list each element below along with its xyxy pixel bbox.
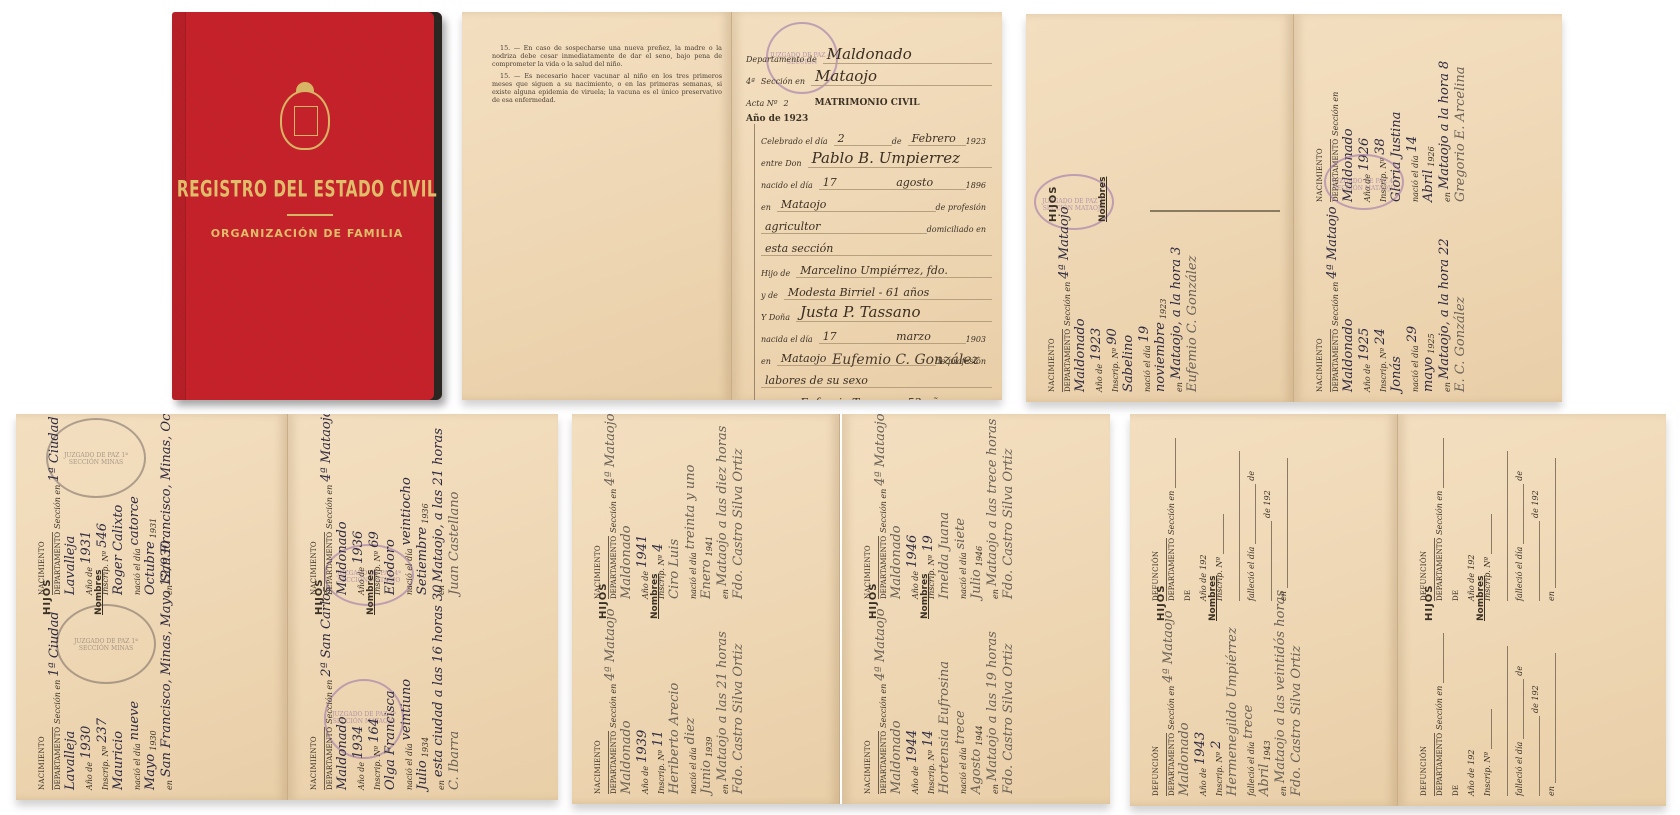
seccion-label: Sección en [53, 680, 62, 724]
departamento-label: DEPARTAMENTO [878, 731, 888, 794]
departamento-value: Maldonado [823, 45, 992, 64]
birth-month: Junio [699, 760, 714, 794]
inscrip-label: Inscrip. Nº [101, 746, 110, 790]
child-name: Jonás [1389, 356, 1404, 392]
celebrado-anio: 1923 [966, 137, 986, 146]
seccion-label: Sección en [879, 489, 888, 533]
anio-label: Año de [1095, 364, 1104, 392]
hijos-form: DEFUNCIÓN DEPARTAMENTOSección en DE Año … [1412, 426, 1662, 796]
entry-type: DEFUNCIÓN [1152, 551, 1160, 601]
court-stamp: JUZGADO DE PAZ 4ª SECCIÓN MATAOJO [1324, 154, 1404, 210]
en-label: en [1547, 591, 1556, 601]
child-name: Eliodoro [383, 539, 398, 595]
nombres-heading: Nombres [1098, 177, 1108, 222]
bride-birth-year: 1903 [966, 335, 986, 344]
birth-entry: NACIMIENTO DEPARTAMENTOSección en4ª Mata… [586, 429, 746, 599]
seccion-label: Sección en [609, 684, 618, 728]
departamento-label: DEPARTAMENTO [1434, 733, 1444, 796]
anio-value: 1930 [79, 726, 94, 759]
en-label: en [437, 780, 446, 790]
de-label: DE [1184, 590, 1192, 601]
child-name: Ciro Luis [667, 539, 682, 599]
birth-year: 1939 [705, 737, 714, 757]
inscrip-value: 14 [921, 730, 936, 747]
birth-entry: NACIMIENTO DEPARTAMENTOSección en4ª Mata… [302, 425, 462, 595]
seccion-value: 4ª Mataojo [873, 608, 888, 680]
en-label: en [1279, 786, 1288, 796]
seccion-label: Sección en [609, 489, 618, 533]
seccion-label: Sección en [53, 485, 62, 529]
hijos-form: NACIMIENTO DEPARTAMENTOSección en2ª San … [302, 420, 558, 790]
inscrip-value: 19 [921, 535, 936, 552]
seccion-value: 1ª Ciudad [47, 416, 62, 481]
en-label: en [165, 780, 174, 790]
birthplace: Mataojo a la hora 8 [1437, 61, 1452, 189]
anio-value: 1943 [1193, 732, 1208, 765]
birth-day: diez [683, 717, 698, 744]
groom-birth-day: 17 [819, 176, 892, 190]
nacio-label: nació el día [133, 548, 142, 595]
departamento-label: DEPARTAMENTO [1434, 538, 1444, 601]
inscrip-label: Inscrip. Nº [927, 750, 936, 794]
inscrip-label: Inscrip. Nº [1483, 752, 1492, 796]
anio-value: 192 [1467, 555, 1476, 570]
en-label: en [1443, 192, 1452, 202]
inscrip-label: Inscrip. Nº [1215, 752, 1224, 796]
entry-type: NACIMIENTO [310, 541, 318, 595]
act-title: MATRIMONIO CIVIL [815, 98, 920, 108]
birth-month: Julio [415, 760, 430, 790]
entry-type: NACIMIENTO [38, 541, 46, 595]
instruction-item: 15. — Es necesario hacer vacunar al niño… [492, 72, 722, 104]
birth-year: 1941 [705, 536, 714, 556]
cover-subtitle: ORGANIZACIÓN DE FAMILIA [172, 227, 442, 240]
entry-type: NACIMIENTO [1316, 338, 1324, 392]
en-label: en [437, 585, 446, 595]
seccion-label: Sección en [1063, 282, 1072, 326]
departamento-label: DEPARTAMENTO [878, 536, 888, 599]
inscrip-label: Inscrip. Nº [373, 551, 382, 595]
child-name: Olga Francisca [383, 690, 398, 790]
entry-type: NACIMIENTO [594, 545, 602, 599]
anio-label: Año de [911, 571, 920, 599]
birthplace: San Francisco, Minas, Octubre 15/931 [159, 414, 174, 582]
deaths-page-1: DEFUNCIÓN DEPARTAMENTOSección en4ª Matao… [1130, 414, 1398, 806]
nacida-label: nacida el día [761, 335, 813, 344]
nacio-label: nació el día [133, 743, 142, 790]
birth-entry: NACIMIENTO DEPARTAMENTOSección en4ª Mata… [586, 624, 746, 794]
groom-father: Marcelino Umpiérrez, fdo. [796, 264, 992, 278]
nacio-label: nació el día [1411, 155, 1420, 202]
anio-value: 192 [1199, 555, 1208, 570]
seccion-value: 4ª Mataojo [319, 414, 334, 482]
departamento-value: Lavalleja [63, 536, 78, 595]
instructions-page: 15. — En caso de sospecharse una nueva p… [462, 12, 732, 400]
anio-label: Año de [746, 114, 781, 124]
hijo-de-label: Hijo de [761, 269, 790, 278]
child-name: Imelda Juana [937, 512, 952, 599]
departamento-value: Maldonado [335, 716, 350, 790]
nacido-label: nacido el día [761, 181, 813, 190]
coat-of-arms-icon [280, 90, 330, 150]
inscrip-label: Inscrip. Nº [1379, 348, 1388, 392]
inscrip-label: Inscrip. Nº [1215, 557, 1224, 601]
birth-year: 1925 [1427, 333, 1436, 353]
departamento-value: Maldonado [619, 720, 634, 794]
departamento-label: DEPARTAMENTO [324, 532, 334, 595]
seccion-value: Mataojo [811, 67, 992, 86]
child-name: Mauricio [111, 731, 126, 790]
birth-day: 19 [1137, 326, 1152, 343]
seccion-value: 4ª Mataojo [873, 414, 888, 486]
departamento-label: DEPARTAMENTO [1062, 329, 1072, 392]
de-label: de [1515, 666, 1524, 676]
death-entry: DEFUNCIÓN DEPARTAMENTOSección en4ª Matao… [1144, 626, 1304, 796]
birth-entry: NACIMIENTO DEPARTAMENTOSección en4ª Mata… [856, 429, 1016, 599]
birth-month: Julio [969, 569, 984, 599]
anio-label: Año de [1199, 768, 1208, 796]
en-label: en [991, 784, 1000, 794]
seccion-value: 4ª Mataojo [1057, 206, 1072, 278]
en-label: en [991, 589, 1000, 599]
anio-label: Año de [1467, 573, 1476, 601]
booklet-cover: REGISTRO DEL ESTADO CIVIL ORGANIZACIÓN D… [172, 12, 442, 400]
inscrip-value: 164 [367, 718, 382, 743]
anio-label: Año de [85, 762, 94, 790]
death-place: Mataojo a las veintidós horas [1273, 590, 1288, 783]
birth-day: nueve [127, 701, 142, 740]
seccion-label: Sección en [325, 485, 334, 529]
death-month: Abril [1257, 764, 1272, 796]
celebrado-dia: 2 [834, 132, 892, 146]
anio-label: Año de [911, 766, 920, 794]
anio-label: Año de [641, 766, 650, 794]
child-name: Roger Calixto [111, 505, 126, 595]
inscrip-value: 2 [1209, 740, 1224, 748]
en-label: en [1279, 591, 1288, 601]
de-label: de [1247, 471, 1256, 481]
births-page-1b: NACIMIENTO DEPARTAMENTOSección en4ª Mata… [1294, 14, 1562, 402]
seccion-label: Sección en [879, 684, 888, 728]
seccion-value: 1ª Ciudad [47, 611, 62, 676]
instruction-item: 15. — En caso de sospecharse una nueva p… [492, 44, 722, 68]
deaths-page-2: DEFUNCIÓN DEPARTAMENTOSección en DE Año … [1398, 414, 1666, 806]
birth-year: 1926 [1427, 146, 1436, 166]
nacio-label: nació el día [959, 552, 968, 599]
birth-day: 29 [1405, 326, 1420, 343]
fallecio-label: falleció el día [1247, 742, 1256, 796]
departamento-label: DEPARTAMENTO [324, 727, 334, 790]
en-label: en [761, 203, 771, 212]
child-name: Hortensia Eufrosina [937, 661, 952, 794]
de-anio-label: de 192 [1531, 490, 1540, 518]
signature: Eufemio C. González [1185, 256, 1200, 392]
groom-mother: Modesta Birriel - 61 años [784, 286, 992, 300]
groom-name: Pablo B. Umpierrez [808, 149, 992, 168]
departamento-label: DEPARTAMENTO [1166, 733, 1176, 796]
births-page-1: JUZGADO DE PAZ 4ª SECCIÓN MATAOJO HIJOS … [1026, 14, 1294, 402]
signature: Fdo. Castro Silva Ortiz [1001, 643, 1016, 794]
anio-value: 1939 [635, 730, 650, 763]
death-entry: DEFUNCIÓN DEPARTAMENTOSección en DE Año … [1412, 431, 1556, 601]
departamento-label: DEPARTAMENTO [1166, 538, 1176, 601]
birthplace: Mataojo a las diez horas [715, 426, 730, 586]
birthplace: Mataojo a las 21 horas [715, 631, 730, 781]
inscrip-value: 38 [1373, 138, 1388, 155]
birth-day: siete [953, 518, 968, 549]
seccion-value: 4ª Mataojo [1325, 206, 1340, 278]
inscrip-label: Inscrip. Nº [1111, 348, 1120, 392]
entry-type: DEFUNCIÓN [1420, 551, 1428, 601]
y-dona-label: Y Doña [761, 313, 790, 322]
de-anio-label: de 192 [1531, 685, 1540, 713]
birth-entry: NACIMIENTO DEPARTAMENTOSección en4ª Mata… [1308, 222, 1468, 392]
fallecio-label: falleció el día [1247, 547, 1256, 601]
birth-entry: NACIMIENTO DEPARTAMENTOSección en1ª Ciud… [30, 425, 174, 595]
inscrip-value: 4 [651, 543, 666, 551]
officer-signature: Eufemio C. González [832, 352, 979, 368]
entry-type: NACIMIENTO [864, 740, 872, 794]
signature: Gregorio E. Arcelina [1453, 66, 1468, 202]
seccion-label: Sección en [1167, 491, 1176, 535]
inscrip-value: 11 [651, 730, 666, 747]
departamento-value: Lavalleja [63, 731, 78, 790]
nacio-label: nació el día [689, 747, 698, 794]
en-label: en [1547, 786, 1556, 796]
anio-label: Año de [357, 762, 366, 790]
departamento-label: DEPARTAMENTO [52, 727, 62, 790]
celebrado-mes: Febrero [908, 132, 966, 146]
groom-address: esta sección [761, 242, 992, 256]
inscrip-value: 546 [95, 523, 110, 548]
departamento-label: DEPARTAMENTO [608, 536, 618, 599]
birth-entry: NACIMIENTO DEPARTAMENTOSección en4ª Mata… [1040, 222, 1200, 392]
acta-value: 2 [784, 99, 789, 108]
groom-birth-year: 1896 [966, 181, 986, 190]
instructions-text: 15. — En caso de sospecharse una nueva p… [492, 44, 722, 108]
inscrip-label: Inscrip. Nº [373, 746, 382, 790]
nacio-label: nació el día [689, 552, 698, 599]
cover-title: REGISTRO DEL ESTADO CIVIL [172, 177, 442, 203]
entry-type: NACIMIENTO [594, 740, 602, 794]
hijos-form: NACIMIENTO DEPARTAMENTOSección en1ª Ciud… [30, 420, 288, 790]
seccion-value: 4ª Mataojo [1161, 610, 1176, 682]
groom-profession: agricultor [761, 220, 927, 234]
departamento-value: Maldonado [619, 525, 634, 599]
birth-day: veintiuno [399, 679, 414, 741]
de-anio-label: de 192 [1263, 490, 1272, 518]
birth-year: 1944 [975, 725, 984, 745]
bride-profession: labores de su sexo [761, 374, 992, 388]
birth-day: catorce [127, 496, 142, 545]
births-page-2: JUZGADO DE PAZ 1ª SECCIÓN MINAS JUZGADO … [16, 414, 288, 800]
anio-label: Año de [1199, 573, 1208, 601]
signature: Fdo. Castro Silva Ortiz [1289, 645, 1304, 796]
entry-type: DEFUNCIÓN [1152, 746, 1160, 796]
signature: Fdo. Castro Silva Ortiz [731, 643, 746, 794]
birth-year: 1936 [421, 503, 430, 523]
inscrip-label: Inscrip. Nº [657, 750, 666, 794]
cover-spine [172, 12, 186, 400]
seccion-label: Sección en [1435, 686, 1444, 730]
inscrip-label: Inscrip. Nº [1483, 557, 1492, 601]
signature: Fdo. Castro Silva Ortiz [731, 448, 746, 599]
entry-type: NACIMIENTO [1048, 338, 1056, 392]
bride-name: Justa P. Tassano [796, 303, 992, 322]
nacio-label: nació el día [405, 743, 414, 790]
departamento-value: Maldonado [1073, 318, 1088, 392]
birth-year: 1931 [149, 518, 158, 538]
child-name: Sabelino [1121, 335, 1136, 392]
bride-birth-month: marzo [892, 330, 965, 344]
entry-type: NACIMIENTO [864, 545, 872, 599]
signature: E. C. González [1453, 297, 1468, 392]
en-label: en [721, 589, 730, 599]
anio-value: 1936 [351, 531, 366, 564]
seccion-label: Sección en [325, 680, 334, 724]
inscrip-label: Inscrip. Nº [927, 555, 936, 599]
birth-month: Abril [1421, 170, 1436, 202]
birth-entry: NACIMIENTO DEPARTAMENTOSección en4ª Mata… [856, 624, 1016, 794]
birth-year: 1946 [975, 546, 984, 566]
seccion-label: Sección en [1331, 282, 1340, 326]
anio-value: 1944 [905, 730, 920, 763]
profesion-label: de profesión [936, 203, 987, 212]
seccion-label: Sección en [1331, 92, 1340, 136]
signature: Fdo. Castro Silva Ortiz [1001, 448, 1016, 599]
departamento-value: Maldonado [889, 720, 904, 794]
deceased-name: Hermenegildo Umpiérrez [1225, 627, 1240, 796]
anio-value: 1934 [351, 726, 366, 759]
groom-birthplace: Mataojo [777, 198, 936, 212]
child-name: Heriberto Arecio [667, 683, 682, 794]
seccion-label: Sección en [761, 77, 805, 86]
birthplace: Mataojo a las 19 horas [985, 631, 1000, 781]
form-divider [1150, 210, 1280, 212]
bride-father: Eufronio Tassano - 53 años [796, 396, 992, 400]
en-label: en [165, 585, 174, 595]
births-spread-1: JUZGADO DE PAZ 4ª SECCIÓN MATAOJO HIJOS … [1026, 14, 1562, 402]
acta-label: Acta Nº [746, 99, 778, 108]
inscrip-value: 69 [367, 531, 382, 548]
signature: Juan Castellano [447, 492, 462, 595]
marriage-act-page: JUZGADO DE PAZ 4ª SECCIÓN Departamento d… [732, 12, 1002, 400]
signature: C. Ibarra [447, 731, 462, 790]
en-label: en [721, 784, 730, 794]
birth-year: 1930 [149, 730, 158, 750]
anio-value: 1931 [79, 531, 94, 564]
seccion-label: Sección en [1167, 686, 1176, 730]
death-entry: DEFUNCIÓN DEPARTAMENTOSección en DE Año … [1144, 431, 1288, 601]
hijos-form: NACIMIENTO DEPARTAMENTOSección en4ª Mata… [856, 424, 1106, 794]
birth-entry: NACIMIENTO DEPARTAMENTOSección en2ª San … [302, 620, 462, 790]
nacio-label: nació el día [959, 747, 968, 794]
anio-value: 192 [1467, 750, 1476, 765]
hijos-form: HIJOS Nombres NACIMIENTO DEPARTAMENTOSec… [1040, 22, 1290, 392]
inscrip-value: 24 [1373, 328, 1388, 345]
births-spread-3: NACIMIENTO DEPARTAMENTOSección en4ª Mata… [572, 414, 1110, 804]
entre-label: entre Don [761, 159, 802, 168]
anio-label: Año de [641, 571, 650, 599]
seccion-label: Sección en [1435, 491, 1444, 535]
births-page-3: NACIMIENTO DEPARTAMENTOSección en4ª Mata… [572, 414, 840, 804]
birth-month: noviembre [1153, 322, 1168, 392]
seccion-prefix: 4ª [746, 77, 755, 86]
en-label: en [1175, 382, 1184, 392]
birth-entry: NACIMIENTO DEPARTAMENTOSección en1ª Ciud… [30, 620, 174, 790]
departamento-label: DEPARTAMENTO [608, 731, 618, 794]
departamento-label: Departamento de [746, 55, 817, 64]
birth-month: mayo [1421, 357, 1436, 392]
entry-type: NACIMIENTO [1316, 148, 1324, 202]
en-label: en [761, 357, 771, 366]
anio-label: Año de [1363, 364, 1372, 392]
birth-month: Agosto [969, 749, 984, 794]
de-label: DE [1452, 785, 1460, 796]
domicilio-label: domiciliado en [927, 225, 986, 234]
death-day: trece [1241, 705, 1256, 739]
anio-value: 1923 [1089, 328, 1104, 361]
anio-label: Año de [357, 567, 366, 595]
anio-value: 1923 [783, 114, 808, 124]
birth-year: 1923 [1159, 299, 1168, 319]
departamento-value: Maldonado [1341, 318, 1356, 392]
inscrip-value: 90 [1105, 328, 1120, 345]
departamento-value: Maldonado [889, 525, 904, 599]
seccion-value: 4ª Mataojo [603, 608, 618, 680]
birthplace: Mataojo a las trece horas [985, 419, 1000, 587]
entry-type: NACIMIENTO [38, 736, 46, 790]
inscrip-label: Inscrip. Nº [101, 551, 110, 595]
birthplace: Mataojo, a la hora 22 [1437, 238, 1452, 379]
marriage-spread: 15. — En caso de sospecharse una nueva p… [462, 12, 1002, 400]
birth-year: 1934 [421, 737, 430, 757]
fallecio-label: falleció el día [1515, 547, 1524, 601]
births-page-2b: JUZGADO DE PAZ 4ª SECCIÓN MATAOJO JUZGAD… [288, 414, 558, 800]
en-label: en [1443, 382, 1452, 392]
departamento-label: DEPARTAMENTO [1330, 329, 1340, 392]
departamento-label: DEPARTAMENTO [52, 532, 62, 595]
celebrado-label: Celebrado el día [761, 137, 828, 146]
birth-day: 14 [1405, 136, 1420, 153]
birth-day: veintiocho [399, 477, 414, 545]
deaths-spread: DEFUNCIÓN DEPARTAMENTOSección en4ª Matao… [1130, 414, 1666, 806]
hijos-form: NACIMIENTO DEPARTAMENTOSección en4ª Mata… [586, 424, 836, 794]
y-de-label: y de [761, 291, 778, 300]
anio-label: Año de [85, 567, 94, 595]
inscrip-value: 237 [95, 718, 110, 743]
seccion-value: 4ª Mataojo [603, 414, 618, 486]
nacio-label: nació el día [1143, 345, 1152, 392]
departamento-value: Maldonado [335, 521, 350, 595]
de-label: de [892, 137, 902, 146]
birth-month: Octubre [143, 541, 158, 595]
fallecio-label: falleció el día [1515, 742, 1524, 796]
nacio-label: nació el día [405, 548, 414, 595]
anio-label: Año de [1467, 768, 1476, 796]
entry-type: NACIMIENTO [310, 736, 318, 790]
death-entry: DEFUNCIÓN DEPARTAMENTOSección en DE Año … [1412, 626, 1556, 796]
bride-birth-day: 17 [819, 330, 892, 344]
birth-month: Enero [699, 559, 714, 599]
anio-value: 1925 [1357, 328, 1372, 361]
births-page-3b: NACIMIENTO DEPARTAMENTOSección en4ª Mata… [842, 414, 1110, 804]
hijos-form: DEFUNCIÓN DEPARTAMENTOSección en4ª Matao… [1144, 426, 1394, 796]
nacio-label: nació el día [1411, 345, 1420, 392]
birth-month: Setiembre [415, 527, 430, 595]
marriage-act: Departamento deMaldonado 4ªSección enMat… [746, 42, 992, 400]
inscrip-label: Inscrip. Nº [657, 555, 666, 599]
